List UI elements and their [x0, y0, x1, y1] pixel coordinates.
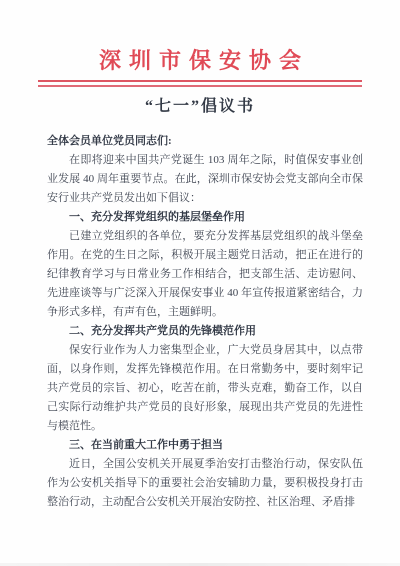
paragraph-section-2: 保安行业作为人力密集型企业，广大党员身居其中，以点带面，以身作则，发挥先锋模范作…: [47, 341, 363, 436]
salutation: 全体会员单位党员同志们:: [47, 132, 363, 151]
document-page: 深圳市保安协会 “七一”倡议书 全体会员单位党员同志们: 在即将迎来中国共产党诞…: [0, 0, 400, 566]
org-title: 深圳市保安协会: [0, 48, 400, 74]
document-body: 全体会员单位党员同志们: 在即将迎来中国共产党诞生 103 周年之际，时值保安事…: [47, 132, 363, 512]
header-divider: [38, 80, 362, 87]
doc-title: “七一”倡议书: [0, 97, 400, 117]
section-heading-1: 一、充分发挥党组织的基层堡垒作用: [47, 208, 363, 227]
section-heading-2: 二、充分发挥共产党员的先锋模范作用: [47, 322, 363, 341]
paragraph-intro: 在即将迎来中国共产党诞生 103 周年之际，时值保安事业创业发展 40 周年重要…: [47, 151, 363, 208]
section-heading-3: 三、在当前重大工作中勇于担当: [47, 436, 363, 455]
paragraph-section-1: 已建立党组织的各单位，要充分发挥基层党组织的战斗堡垒作用。在党的生日之际，积极开…: [47, 227, 363, 322]
paragraph-section-3-truncated: 近日，全国公安机关开展夏季治安打击整治行动，保安队伍作为公安机关指导下的重要社会…: [47, 455, 363, 512]
